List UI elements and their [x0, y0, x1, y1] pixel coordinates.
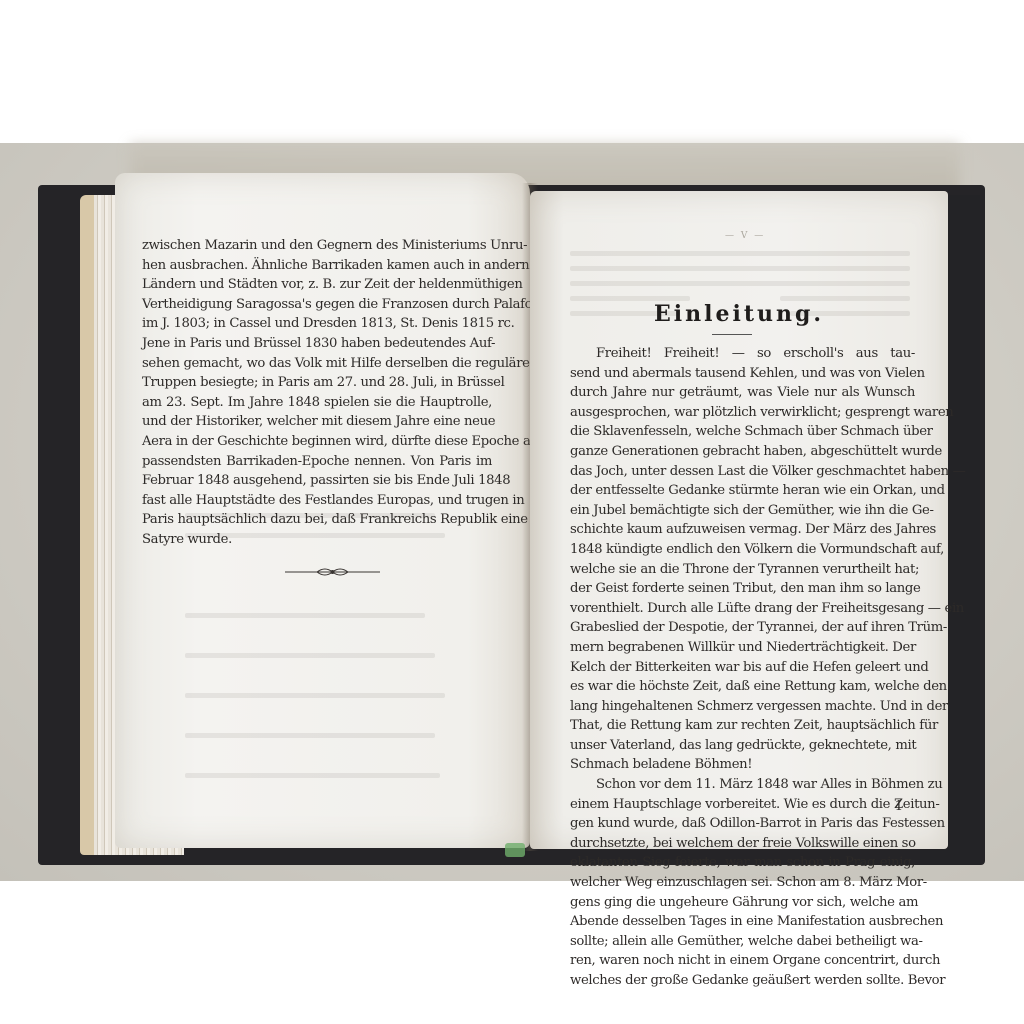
- ornament-icon: [285, 566, 380, 578]
- text-line: Satyre wurde.: [142, 530, 492, 550]
- text-line: sehen gemacht, wo das Volk mit Hilfe der…: [142, 354, 492, 374]
- text-line: mern begrabenen Willkür und Niederträcht…: [570, 638, 915, 658]
- text-line: Truppen besiegte; in Paris am 27. und 28…: [142, 373, 492, 393]
- chapter-heading: Einleitung.: [530, 301, 948, 327]
- text-line: ein Jubel bemächtigte sich der Gemüther,…: [570, 501, 915, 521]
- text-line: Paris hauptsächlich dazu bei, daß Frankr…: [142, 510, 492, 530]
- show-through-text: [185, 613, 425, 618]
- text-line: durchsetzte, bei welchem der freie Volks…: [570, 834, 915, 854]
- text-line: Aera in der Geschichte beginnen wird, dü…: [142, 432, 492, 452]
- left-page-text: zwischen Mazarin und den Gegnern des Min…: [142, 236, 492, 550]
- text-line: im J. 1803; in Cassel und Dresden 1813, …: [142, 314, 492, 334]
- text-line: am 23. Sept. Im Jahre 1848 spielen sie d…: [142, 393, 492, 413]
- text-line: unser Vaterland, das lang gedrückte, gek…: [570, 736, 915, 756]
- text-line: hen ausbrachen. Ähnliche Barrikaden kame…: [142, 256, 492, 276]
- text-line: vorenthielt. Durch alle Lüfte drang der …: [570, 599, 915, 619]
- text-line: ren, waren noch nicht in einem Organe co…: [570, 951, 915, 971]
- text-line: Abende desselben Tages in eine Manifesta…: [570, 912, 915, 932]
- text-line: send und abermals tausend Kehlen, und wa…: [570, 364, 915, 384]
- right-page-text: Freiheit! Freiheit! — so erscholl's aus …: [570, 344, 915, 991]
- show-through-text: [185, 733, 435, 738]
- text-line: That, die Rettung kam zur rechten Zeit, …: [570, 716, 915, 736]
- text-line: eklatanten Sieg feierte, war man schon i…: [570, 853, 915, 873]
- text-line: und der Historiker, welcher mit diesem J…: [142, 412, 492, 432]
- show-through-text: [570, 281, 910, 286]
- running-head: — V —: [725, 231, 765, 241]
- text-line: ausgesprochen, war plötzlich verwirklich…: [570, 403, 915, 423]
- text-line: durch Jahre nur geträumt, was Viele nur …: [570, 383, 915, 403]
- bookmark-tab: [505, 843, 525, 857]
- text-line: Vertheidigung Saragossa's gegen die Fran…: [142, 295, 492, 315]
- page-number: 1: [895, 799, 903, 814]
- show-through-text: [185, 773, 440, 778]
- text-line: Freiheit! Freiheit! — so erscholl's aus …: [570, 344, 915, 364]
- text-line: passendsten Barrikaden-Epoche nennen. Vo…: [142, 452, 492, 472]
- heading-rule: [712, 334, 752, 335]
- text-line: das Joch, unter dessen Last die Völker g…: [570, 462, 915, 482]
- text-line: gen kund wurde, daß Odillon-Barrot in Pa…: [570, 814, 915, 834]
- text-line: einem Hauptschlage vorbereitet. Wie es d…: [570, 795, 915, 815]
- text-line: die Sklavenfesseln, welche Schmach über …: [570, 422, 915, 442]
- show-through-text: [185, 693, 445, 698]
- text-line: ganze Generationen gebracht haben, abges…: [570, 442, 915, 462]
- right-page: — V — Einleitung. Freiheit! Freiheit! — …: [530, 191, 948, 849]
- show-through-text: [570, 266, 910, 271]
- text-line: lang hingehaltenen Schmerz vergessen mac…: [570, 697, 915, 717]
- text-line: es war die höchste Zeit, daß eine Rettun…: [570, 677, 915, 697]
- text-line: fast alle Hauptstädte des Festlandes Eur…: [142, 491, 492, 511]
- text-line: 1848 kündigte endlich den Völkern die Vo…: [570, 540, 915, 560]
- text-line: sollte; allein alle Gemüther, welche dab…: [570, 932, 915, 952]
- text-line: Kelch der Bitterkeiten war bis auf die H…: [570, 658, 915, 678]
- text-line: schichte kaum aufzuweisen vermag. Der Mä…: [570, 520, 915, 540]
- show-through-text: [570, 251, 910, 256]
- text-line: Schon vor dem 11. März 1848 war Alles in…: [570, 775, 915, 795]
- text-line: gens ging die ungeheure Gährung vor sich…: [570, 893, 915, 913]
- text-line: Jene in Paris und Brüssel 1830 haben bed…: [142, 334, 492, 354]
- photo-scene: zwischen Mazarin und den Gegnern des Min…: [0, 143, 1024, 881]
- text-line: der entfesselte Gedanke stürmte heran wi…: [570, 481, 915, 501]
- text-line: welche sie an die Throne der Tyrannen ve…: [570, 560, 915, 580]
- text-line: Grabeslied der Despotie, der Tyrannei, d…: [570, 618, 915, 638]
- show-through-text: [185, 653, 435, 658]
- text-line: der Geist forderte seinen Tribut, den ma…: [570, 579, 915, 599]
- text-line: zwischen Mazarin und den Gegnern des Min…: [142, 236, 492, 256]
- text-line: Ländern und Städten vor, z. B. zur Zeit …: [142, 275, 492, 295]
- text-line: Februar 1848 ausgehend, passirten sie bi…: [142, 471, 492, 491]
- text-line: welcher Weg einzuschlagen sei. Schon am …: [570, 873, 915, 893]
- text-line: welches der große Gedanke geäußert werde…: [570, 971, 915, 991]
- text-line: Schmach beladene Böhmen!: [570, 755, 915, 775]
